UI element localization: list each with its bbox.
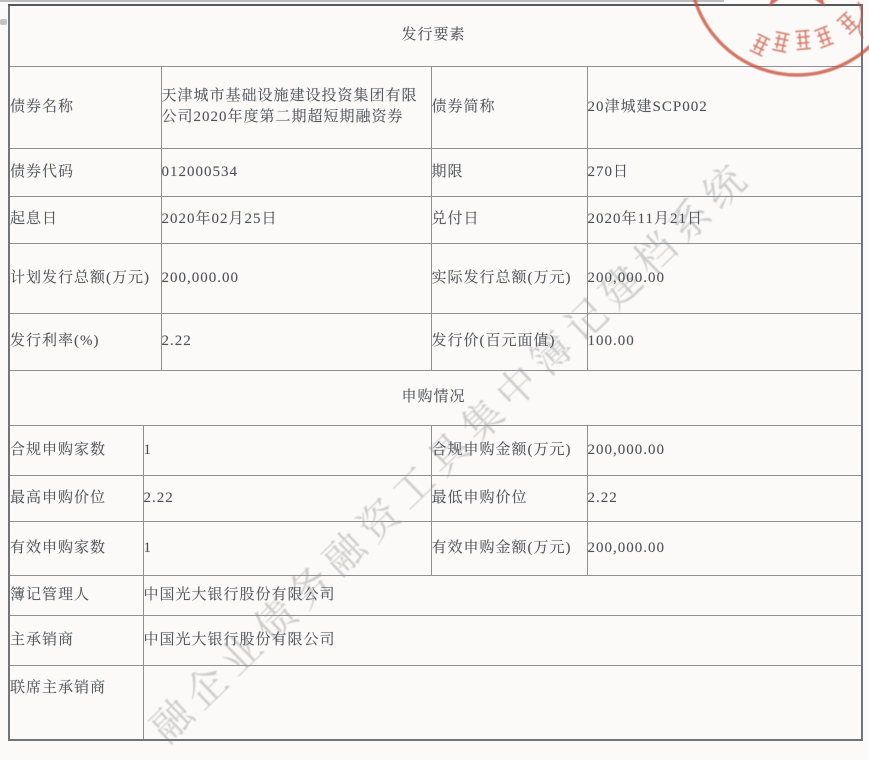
bond-code-label: 债券代码	[9, 148, 161, 196]
table-row: 债券名称 天津城市基础设施建设投资集团有限公司2020年度第二期超短期融资券 债…	[9, 66, 862, 148]
bookrunner-value: 中国光大银行股份有限公司	[143, 575, 862, 615]
table-row: 主承销商 中国光大银行股份有限公司	[9, 615, 862, 665]
table-row: 起息日 2020年02月25日 兑付日 2020年11月21日	[9, 196, 862, 243]
bond-name-label: 债券名称	[9, 66, 161, 148]
lead-underwriter-value: 中国光大银行股份有限公司	[143, 615, 862, 665]
interest-start-date-label: 起息日	[9, 196, 161, 243]
compliant-bid-amount-value: 200,000.00	[587, 425, 862, 475]
actual-issue-amount-value: 200,000.00	[587, 243, 862, 313]
planned-issue-amount-label: 计划发行总额(万元)	[9, 243, 161, 313]
term-value: 270日	[587, 148, 862, 196]
document-page: 融企业债务融资工具集中簿记建档系统 发行要素 债券名称 天津城市基础设施建设投资…	[0, 0, 869, 760]
scan-speck-artifact	[0, 19, 7, 25]
compliant-bid-count-label: 合规申购家数	[9, 425, 143, 475]
planned-issue-amount-value: 200,000.00	[161, 243, 431, 313]
valid-bid-count-label: 有效申购家数	[9, 521, 143, 575]
highest-bid-price-label: 最高申购价位	[9, 475, 143, 521]
bond-code-value: 012000534	[161, 148, 431, 196]
highest-bid-price-value: 2.22	[143, 475, 431, 521]
compliant-bid-amount-label: 合规申购金额(万元)	[431, 425, 587, 475]
issue-rate-label: 发行利率(%)	[9, 313, 161, 370]
issue-rate-value: 2.22	[161, 313, 431, 370]
issue-price-value: 100.00	[587, 313, 862, 370]
table-row: 债券代码 012000534 期限 270日	[9, 148, 862, 196]
lead-underwriter-label: 主承销商	[9, 615, 143, 665]
valid-bid-amount-value: 200,000.00	[587, 521, 862, 575]
table-row: 发行要素	[9, 5, 862, 66]
table-row: 合规申购家数 1 合规申购金额(万元) 200,000.00	[9, 425, 862, 475]
table-row: 申购情况	[9, 370, 862, 425]
lowest-bid-price-value: 2.22	[587, 475, 862, 521]
compliant-bid-count-value: 1	[143, 425, 431, 475]
valid-bid-count-value: 1	[143, 521, 431, 575]
term-label: 期限	[431, 148, 587, 196]
table-row: 簿记管理人 中国光大银行股份有限公司	[9, 575, 862, 615]
joint-lead-underwriter-label: 联席主承销商	[9, 665, 143, 740]
bond-name-value: 天津城市基础设施建设投资集团有限公司2020年度第二期超短期融资券	[161, 66, 431, 148]
issue-price-label: 发行价(百元面值)	[431, 313, 587, 370]
table-row: 有效申购家数 1 有效申购金额(万元) 200,000.00	[9, 521, 862, 575]
bond-abbreviation-label: 债券简称	[431, 66, 587, 148]
table-row: 联席主承销商	[9, 665, 862, 740]
bookrunner-label: 簿记管理人	[9, 575, 143, 615]
joint-lead-underwriter-value	[143, 665, 862, 740]
table-row: 发行利率(%) 2.22 发行价(百元面值) 100.00	[9, 313, 862, 370]
bond-abbreviation-value: 20津城建SCP002	[587, 66, 862, 148]
section-header-subscription: 申购情况	[9, 370, 862, 425]
actual-issue-amount-label: 实际发行总额(万元)	[431, 243, 587, 313]
section-header-issuance: 发行要素	[9, 5, 862, 66]
lowest-bid-price-label: 最低申购价位	[431, 475, 587, 521]
valid-bid-amount-label: 有效申购金额(万元)	[431, 521, 587, 575]
issuance-table: 发行要素 债券名称 天津城市基础设施建设投资集团有限公司2020年度第二期超短期…	[8, 4, 863, 741]
redemption-date-label: 兑付日	[431, 196, 587, 243]
interest-start-date-value: 2020年02月25日	[161, 196, 431, 243]
redemption-date-value: 2020年11月21日	[587, 196, 862, 243]
table-row: 计划发行总额(万元) 200,000.00 实际发行总额(万元) 200,000…	[9, 243, 862, 313]
scan-edge-artifact	[0, 0, 724, 2]
table-row: 最高申购价位 2.22 最低申购价位 2.22	[9, 475, 862, 521]
